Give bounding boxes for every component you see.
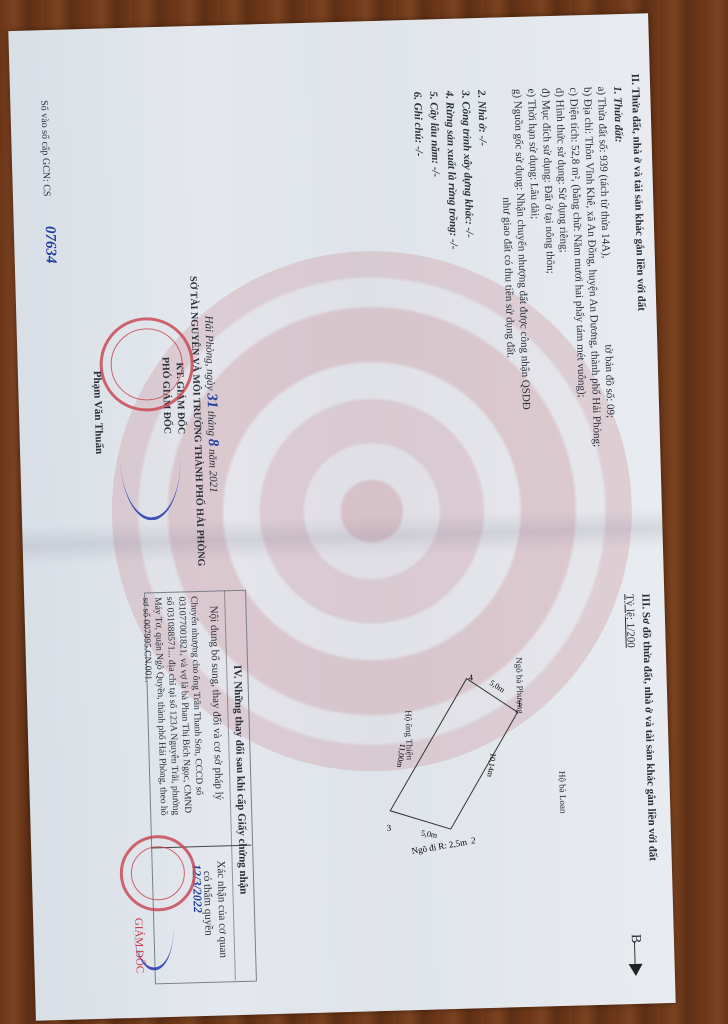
section2-sub3: 3. Công trình xây dựng khác: -/- [458,90,476,238]
section2-title: II. Thửa đất, nhà ở và tài sản khác gắn … [628,73,649,311]
section2-sub5: 5. Cây lâu năm: -/- [426,91,442,177]
north-label: B [628,934,642,944]
vertex-3: 3 [387,821,392,835]
vertex-1: 1 [517,697,522,711]
signer-name: Phạm Văn Thuấn [90,371,106,455]
vertex-4: 4 [468,670,473,684]
section2-sub4: 4. Rừng sản xuất là rừng trồng: -/- [442,91,460,250]
register-label: Số vào sổ cấp GCN: CS [36,100,53,197]
date-day: 31 [203,393,219,408]
section2-sub1: 1. Thửa đất: [610,86,626,143]
map-scale: Tỷ lệ: 1/200 [622,594,637,648]
land-certificate-page: II. Thửa đất, nhà ở và tài sản khác gắn … [8,13,675,1020]
col-confirm-header-1: Xác nhận của cơ quan [214,860,231,958]
section2-sub2: 2. Nhà ở: -/- [474,90,490,146]
date-month: 8 [205,439,221,447]
edge-2-3: 5,0m [420,827,438,843]
date-prefix: Hải Phòng, ngày [202,315,216,390]
north-arrow-icon [629,964,643,976]
register-number: 07634 [41,226,59,264]
entry-line-5: sơ số 007995.CN.001. [138,597,154,682]
month-label: tháng [205,411,218,436]
section2-sub6: 6. Ghi chú: -/- [410,92,426,157]
map-sheet: tờ bản đồ số: 09; [601,344,617,418]
neighbor-right: Hộ bà Loan [555,771,570,814]
confirm-role: GIÁM ĐỐC [131,918,147,974]
vertex-2: 2 [471,833,476,847]
date-year: năm 2021 [206,449,219,493]
section3-title: III. Sơ đồ thửa đất, nhà ở và tài sản kh… [638,593,659,861]
